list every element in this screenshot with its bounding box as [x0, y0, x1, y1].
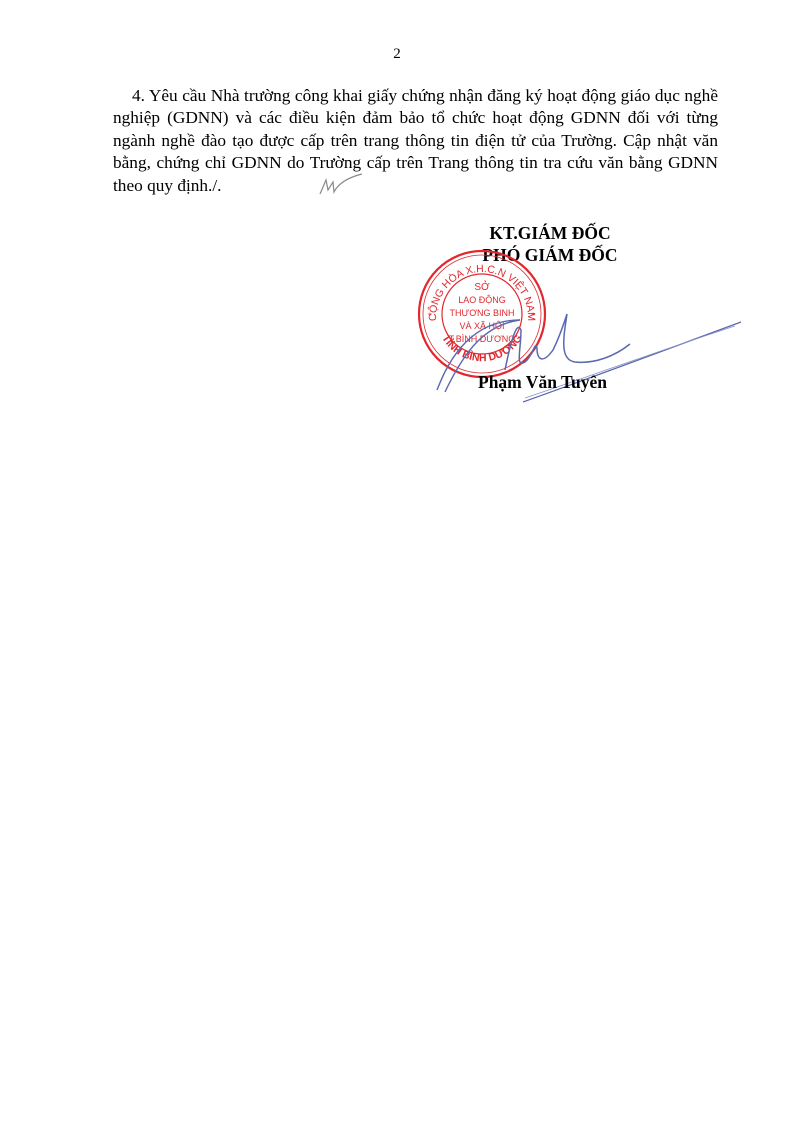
page-number: 2 [0, 46, 794, 63]
signer-name: Phạm Văn Tuyên [478, 372, 607, 393]
document-body: 4. Yêu cầu Nhà trường công khai giấy chứ… [113, 85, 718, 197]
svg-text:SỞ: SỞ [474, 280, 490, 293]
handwritten-signature-icon [425, 300, 745, 410]
paragraph-4: 4. Yêu cầu Nhà trường công khai giấy chứ… [113, 85, 718, 197]
signature-title-1: KT.GIÁM ĐỐC [440, 222, 660, 244]
initials-mark-icon [316, 172, 366, 198]
